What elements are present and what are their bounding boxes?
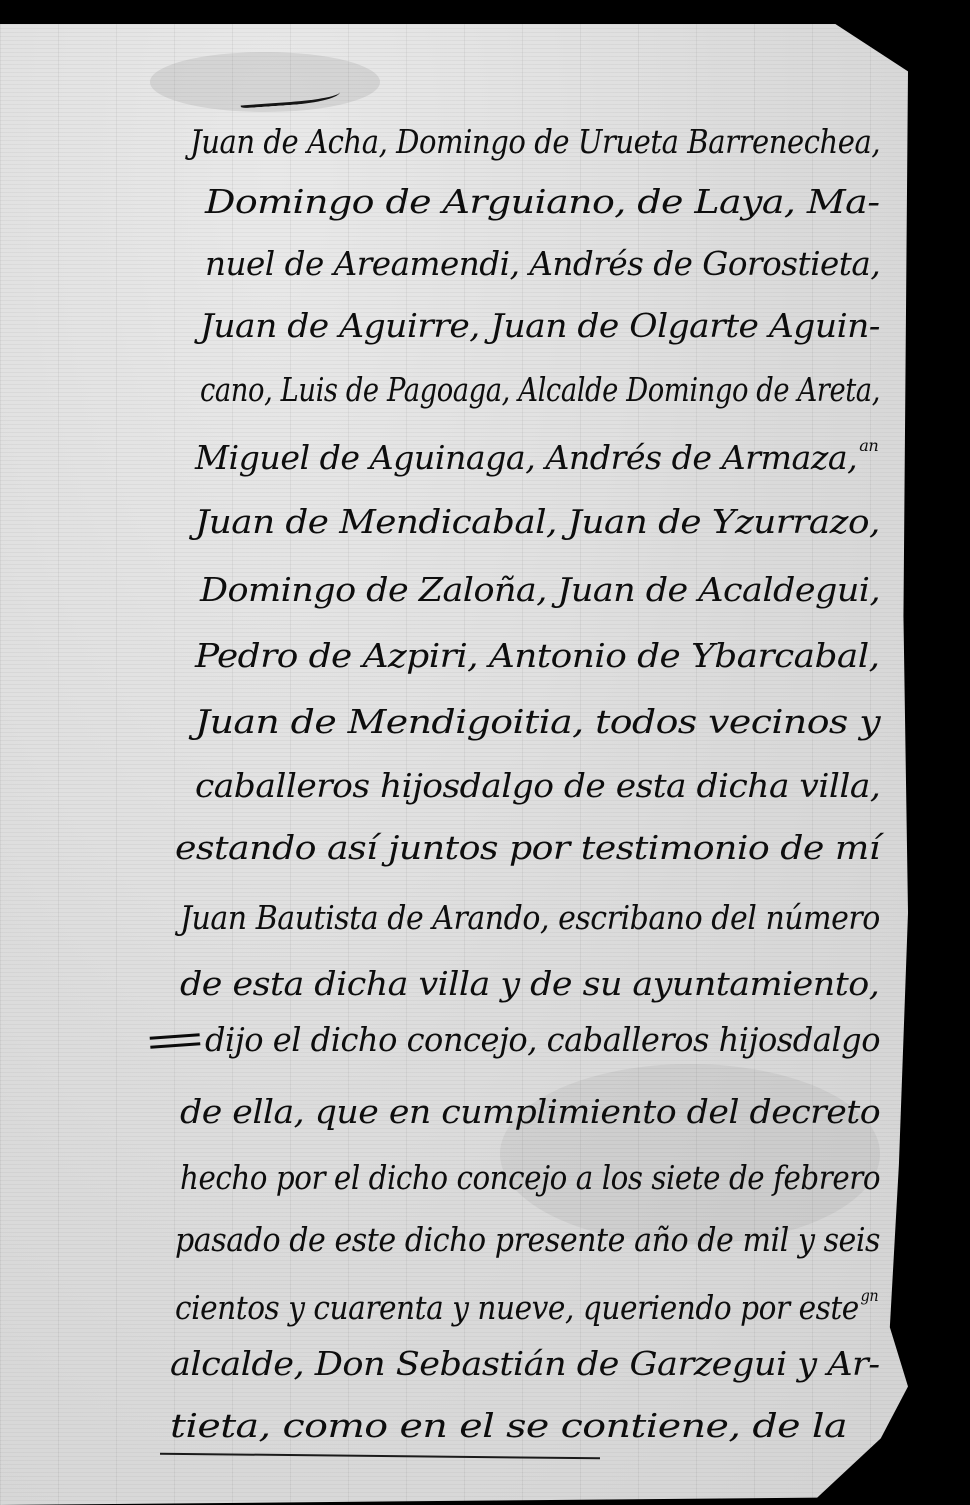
manuscript-text: Juan de Acha, Domingo de Urueta Barrenec… bbox=[0, 24, 908, 1505]
line-text: pasado de este dicho presente año de mil… bbox=[175, 1220, 880, 1259]
line-text: de esta dicha villa y de su ayuntamiento… bbox=[180, 964, 879, 1003]
line-text: Juan de Acha, Domingo de Urueta Barrenec… bbox=[190, 122, 880, 161]
manuscript-page: Juan de Acha, Domingo de Urueta Barrenec… bbox=[0, 24, 908, 1505]
manuscript-line: cano, Luis de Pagoaga, Alcalde Domingo d… bbox=[200, 370, 880, 409]
manuscript-line: caballeros hijosdalgo de esta dicha vill… bbox=[195, 766, 880, 805]
manuscript-line: de esta dicha villa y de su ayuntamiento… bbox=[180, 964, 879, 1003]
line-text: estando así juntos por testimonio de mí bbox=[175, 828, 880, 867]
manuscript-line: estando así juntos por testimonio de mí bbox=[175, 828, 880, 867]
line-text: Miguel de Aguinaga, Andrés de Armaza, bbox=[195, 438, 857, 477]
line-text: Pedro de Azpiri, Antonio de Ybarcabal, bbox=[195, 636, 880, 675]
line-text: Juan de Aguirre, Juan de Olgarte Aguin- bbox=[200, 306, 880, 345]
manuscript-line: cientos y cuarenta y nueve, queriendo po… bbox=[175, 1286, 880, 1327]
line-text: Juan de Mendicabal, Juan de Yzurrazo, bbox=[195, 502, 880, 541]
line-text: hecho por el dicho concejo a los siete d… bbox=[180, 1158, 880, 1197]
manuscript-line: pasado de este dicho presente año de mil… bbox=[175, 1220, 880, 1259]
manuscript-line: Juan de Mendicabal, Juan de Yzurrazo, bbox=[195, 502, 880, 541]
line-text: caballeros hijosdalgo de esta dicha vill… bbox=[195, 766, 880, 805]
manuscript-line: Juan de Acha, Domingo de Urueta Barrenec… bbox=[190, 122, 880, 161]
manuscript-line: nuel de Areamendi, Andrés de Gorostieta, bbox=[205, 244, 880, 283]
line-text: de ella, que en cumplimiento del decreto bbox=[180, 1092, 880, 1131]
line-text: dijo el dicho concejo, caballeros hijosd… bbox=[205, 1020, 880, 1059]
line-text: cano, Luis de Pagoaga, Alcalde Domingo d… bbox=[200, 370, 880, 409]
line-text: cientos y cuarenta y nueve, queriendo po… bbox=[175, 1288, 859, 1327]
manuscript-line: alcalde, Don Sebastián de Garzegui y Ar- bbox=[170, 1344, 880, 1383]
manuscript-line: hecho por el dicho concejo a los siete d… bbox=[180, 1158, 880, 1197]
manuscript-line: Juan Bautista de Arando, escribano del n… bbox=[180, 898, 880, 937]
manuscript-line: Domingo de Arguiano, de Laya, Ma- bbox=[205, 182, 879, 221]
manuscript-line: Miguel de Aguinaga, Andrés de Armaza,an bbox=[195, 436, 880, 477]
line-text: Domingo de Zaloña, Juan de Acaldegui, bbox=[200, 570, 880, 609]
superscript-note: an bbox=[859, 436, 878, 455]
line-text: Juan de Mendigoitia, todos vecinos y bbox=[195, 702, 880, 741]
manuscript-line: tieta, como en el se contiene, de la bbox=[170, 1406, 847, 1445]
manuscript-line: Pedro de Azpiri, Antonio de Ybarcabal, bbox=[195, 636, 880, 675]
manuscript-line: Juan de Aguirre, Juan de Olgarte Aguin- bbox=[200, 306, 880, 345]
line-text: alcalde, Don Sebastián de Garzegui y Ar- bbox=[170, 1344, 880, 1383]
line-text: Juan Bautista de Arando, escribano del n… bbox=[180, 898, 880, 937]
manuscript-line: dijo el dicho concejo, caballeros hijosd… bbox=[205, 1020, 880, 1059]
line-text: Domingo de Arguiano, de Laya, Ma- bbox=[205, 182, 879, 221]
manuscript-line: de ella, que en cumplimiento del decreto bbox=[180, 1092, 880, 1131]
superscript-note: gn bbox=[861, 1286, 879, 1305]
line-text: nuel de Areamendi, Andrés de Gorostieta, bbox=[205, 244, 880, 283]
manuscript-line: Juan de Mendigoitia, todos vecinos y bbox=[195, 702, 880, 741]
manuscript-line: Domingo de Zaloña, Juan de Acaldegui, bbox=[200, 570, 880, 609]
line-text: tieta, como en el se contiene, de la bbox=[170, 1406, 847, 1445]
